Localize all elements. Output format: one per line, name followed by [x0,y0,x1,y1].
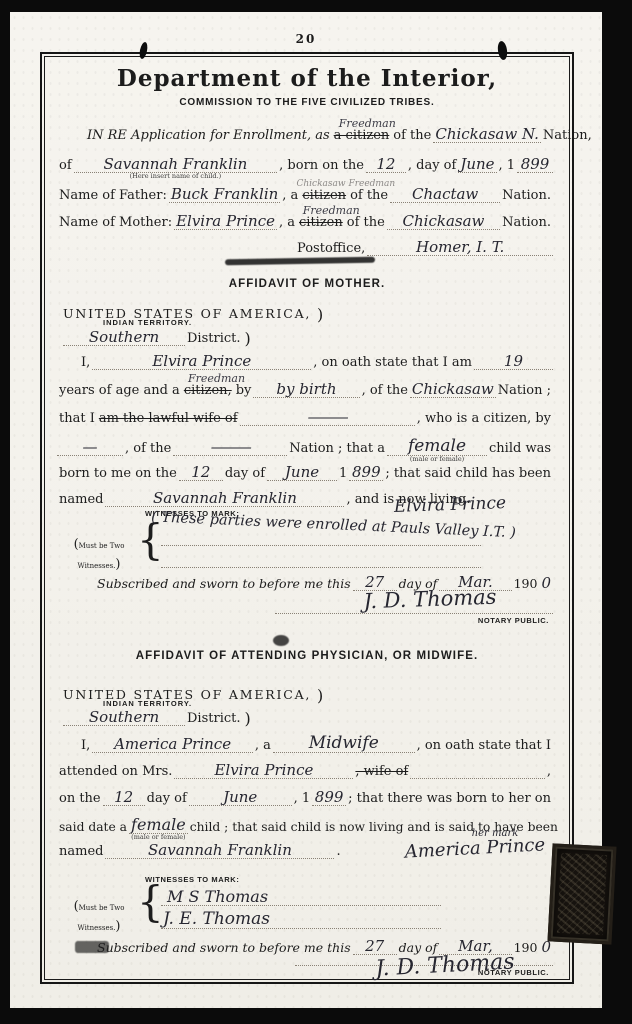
age-blank: 19 [474,354,553,370]
child-name-hint: (Here insert name of child.) [74,172,278,181]
father-nation-blank: Chactaw [390,187,500,203]
period-text: . [334,844,342,859]
must-be-text-2: Witnesses. [78,562,116,570]
born-post-text: ; that there was born to her on [346,791,553,806]
mother-affidavit-heading: AFFIDAVIT OF MOTHER. [45,278,569,290]
witness-line-2 [161,547,481,568]
deponent-blank: America Prince [92,737,253,753]
dash-mark: — [83,440,98,455]
year-handwriting: 899 [315,790,344,805]
enrollment-line: IN RE Application for Enrollment, as Fre… [85,127,553,143]
child-was-text: child was [487,441,553,456]
birth-month-handwriting: June [460,157,494,172]
notary-label: NOTARY PUBLIC. [478,616,549,625]
father-nation-handwriting: Chactaw [412,187,478,202]
nation-handwriting: Chickasaw N. [435,127,539,142]
nation-semi-text: Nation ; [496,383,553,398]
struck-wife-text: am the lawful wife of [97,411,240,426]
i-text: I, [79,355,92,370]
document-body: Department of the Interior, COMMISSION T… [44,56,570,980]
deponent-line: I, America Prince , a Midwife , on oath … [79,735,553,753]
on-the-text: on the [57,791,103,806]
citizen-struck-wrap: Freedman citizen, [182,383,234,398]
deponent-line: I, Elvira Prince , on oath state that I … [79,354,553,370]
day-handwriting: 12 [191,465,210,480]
nation-suffix: Nation, [541,128,594,143]
mother-citizen-wrap: Freedman citizen [297,215,345,230]
husband-dash-mark: ——— [308,410,347,425]
witness-2-handwriting: J. E. Thomas [161,911,270,928]
scan-smudge [225,257,375,266]
witness-brace: { [137,881,164,923]
postoffice-line: Postoffice, Homer, I. T. [295,240,553,256]
nation-blank: Chickasaw N. [433,127,541,143]
must-be-two-witnesses: (Must be Two Witnesses.) [63,897,135,936]
nation-period: Nation. [500,188,553,203]
birth-day-handwriting: 12 [376,157,395,172]
must-be-text-2: Witnesses. [78,924,116,932]
ink-mark [273,635,289,646]
document-title: Department of the Interior, [45,65,569,92]
comma-a-text: , a [277,215,297,230]
struck-citizen-word: citizen [299,215,343,230]
year-blank: 899 [349,465,383,481]
sworn-day-blank: 27 [353,939,397,955]
nation-sex-line: — , of the ——— Nation ; that a female (m… [57,438,553,456]
father-name-blank: Buck Franklin [169,187,280,203]
nation-handwriting: Chickasaw [412,382,494,397]
born-pre-text: born to me on the [57,466,179,481]
mother-annotation: Freedman [303,205,360,216]
wife-line: that I am the lawful wife of ——— , who i… [57,410,553,426]
nation-that-a-text: Nation ; that a [287,441,387,456]
of-the-text: of the [345,215,387,230]
husband-blank [410,778,545,779]
jurisdiction-bracket: ) [243,329,253,348]
document-paper: 20 Department of the Interior, COMMISSIO… [10,12,602,1008]
patient-handwriting: Elvira Prince [214,763,313,778]
year-blank: 899 [312,790,346,806]
jurisdiction-bracket: ) [317,305,325,324]
postoffice-handwriting: Homer, I. T. [416,240,504,255]
freedman-annotation: Freedman [188,373,245,384]
month-handwriting: June [285,465,319,480]
witness-line-2: J. E. Thomas [161,908,441,929]
born-line: born to me on the 12 day of June 1 899 ;… [57,465,553,481]
born-on-text: , born on the [277,158,366,173]
year-handwriting: 899 [352,465,381,480]
father-annotation: Chickasaw Freedman [297,180,396,189]
day-handwriting: 12 [114,790,133,805]
nation-period: Nation. [500,215,553,230]
nation-blank-2: ——— [173,440,287,456]
day-of-text: day of [223,466,267,481]
district-handwriting: Southern [89,710,159,725]
freedman-annotation: Freedman [339,118,396,129]
oath-text: , on oath state that I [415,738,553,753]
i-text: I, [79,738,92,753]
birth-day-blank: 12 [366,157,406,173]
document-subtitle: COMMISSION TO THE FIVE CIVILIZED TRIBES. [45,97,569,108]
postoffice-label: Postoffice, [295,241,367,256]
occupation-blank: Midwife [273,735,415,753]
child-line: of Savannah Franklin (Here insert name o… [57,157,553,173]
named-blank: Savannah Franklin [105,843,334,859]
page-number: 20 [10,32,602,46]
midwife-affidavit-heading: AFFIDAVIT OF ATTENDING PHYSICIAN, OR MID… [45,650,569,662]
sex-blank: female (male or female) [129,817,188,834]
must-be-text-1: Must be Two [79,542,125,550]
notary-rule [275,613,553,614]
deponent-handwriting: Elvira Prince [152,354,251,369]
child-name-handwriting: Savannah Franklin [148,843,292,858]
document-border: Department of the Interior, COMMISSION T… [40,52,574,984]
revenue-stamp [547,843,616,944]
named-blank: Savannah Franklin [105,491,344,507]
who-is-text: , who is a citizen, by [415,411,553,426]
scanned-document: 20 Department of the Interior, COMMISSIO… [0,0,632,1024]
sworn-pre-text: Subscribed and sworn to before me this [95,940,353,955]
father-line: Name of Father: Buck Franklin , a Chicka… [57,187,553,203]
sex-handwriting: female [131,817,186,833]
district-line: Southern District. ) [63,327,269,346]
named-text: named [57,844,105,859]
father-name-handwriting: Buck Franklin [171,187,278,202]
month-blank: June [267,465,337,481]
that-i-text: that I [57,411,97,426]
sworn-day-handwriting: 27 [365,939,384,954]
sworn-pre-text: Subscribed and sworn to before me this [95,576,353,591]
mother-line: Name of Mother: Elvira Prince , a Freedm… [57,214,553,230]
year-printed: , 1 [497,158,518,173]
sex-handwriting: female [408,438,466,455]
district-line: Southern District. ) [63,707,269,726]
struck-citizen-text: a citizen [334,128,390,143]
by-text: by [234,383,254,398]
paren-close: ) [115,557,120,572]
jurisdiction-bracket: ) [243,709,253,728]
nation-blank: Chickasaw [410,382,496,398]
struck-citizen-text: citizen, [184,383,232,398]
comma-text: , [545,764,553,779]
years-pre-text: years of age and a [57,383,182,398]
day-of-text: day of [145,791,189,806]
patient-blank: Elvira Prince [174,763,353,779]
dash-mark: ——— [211,440,250,455]
district-blank: Southern [63,330,185,346]
witness-1-handwriting: M S Thomas [161,889,268,905]
of-text: of [57,158,74,173]
by-birth-handwriting: by birth [276,382,336,397]
child-name-handwriting: Savannah Franklin [103,157,247,172]
jurisdiction-bracket: ) [317,686,325,705]
of-the-text: of the [348,188,390,203]
day-blank: 12 [103,790,145,806]
occupation-handwriting: Midwife [309,735,379,752]
of-the-text: , of the [360,383,410,398]
of-the-text: of the [391,128,433,143]
mother-nation-handwriting: Chickasaw [403,214,485,229]
must-be-text-1: Must be Two [79,904,125,912]
comma-a-text: , a [280,188,300,203]
blank-short: — [57,440,123,456]
district-label: District. [185,711,243,726]
deponent-blank: Elvira Prince [92,354,311,370]
birth-year-blank: 899 [517,157,553,173]
comma-a-text: , a [253,738,273,753]
mother-label: Name of Mother: [57,215,174,230]
day-of-text: , day of [406,158,458,173]
district-label: District. [185,331,243,346]
postoffice-blank: Homer, I. T. [367,240,553,256]
sex-blank: female (male or female) [387,438,487,456]
citizen-struck-wrap: Freedman a citizen [332,128,392,143]
father-citizen-wrap: Chickasaw Freedman citizen [300,188,348,203]
year-printed: 1 [337,466,349,481]
attended-text: attended on Mrs. [57,764,174,779]
age-handwriting: 19 [504,354,523,369]
district-blank: Southern [63,710,185,726]
years-line: years of age and a Freedman citizen, by … [57,382,553,398]
by-birth-blank: by birth [253,382,359,398]
husband-blank: ——— [240,410,415,426]
struck-wife-of-text: , wife of [353,764,410,779]
mother-nation-blank: Chickasaw [387,214,500,230]
father-label: Name of Father: [57,188,169,203]
child-name-handwriting: Savannah Franklin [153,491,297,506]
birth-month-blank: June [458,157,496,173]
said-date-text: said date a [57,820,129,834]
of-the-text: , of the [123,441,173,456]
paren-close: ) [115,919,120,934]
mother-name-handwriting: Elvira Prince [176,214,275,229]
deponent-handwriting: America Prince [114,737,231,752]
struck-citizen-word: citizen [302,188,346,203]
attended-line: attended on Mrs. Elvira Prince , wife of… [57,763,553,779]
birth-year-handwriting: 899 [521,157,550,172]
child-name-blank: Savannah Franklin (Here insert name of c… [74,157,278,173]
oath-text: , on oath state that I am [311,355,474,370]
on-the-line: on the 12 day of June , 1 899 ; that the… [57,790,553,806]
in-re-text: IN RE Application for Enrollment, as [85,128,332,143]
witness-line-1: M S Thomas [161,885,441,906]
year-printed: , 1 [292,791,313,806]
territory-line: INDIAN TERRITORY. [103,318,192,327]
mother-name-blank: Elvira Prince [174,214,277,230]
month-handwriting: June [223,790,257,805]
born-post-text: ; that said child has been [383,466,553,481]
named-text: named [57,492,105,507]
sex-hint: (male or female) [387,455,487,464]
day-blank: 12 [179,465,223,481]
must-be-two-witnesses: (Must be Two Witnesses.) [63,535,135,574]
month-blank: June [189,790,292,806]
district-handwriting: Southern [89,330,159,345]
